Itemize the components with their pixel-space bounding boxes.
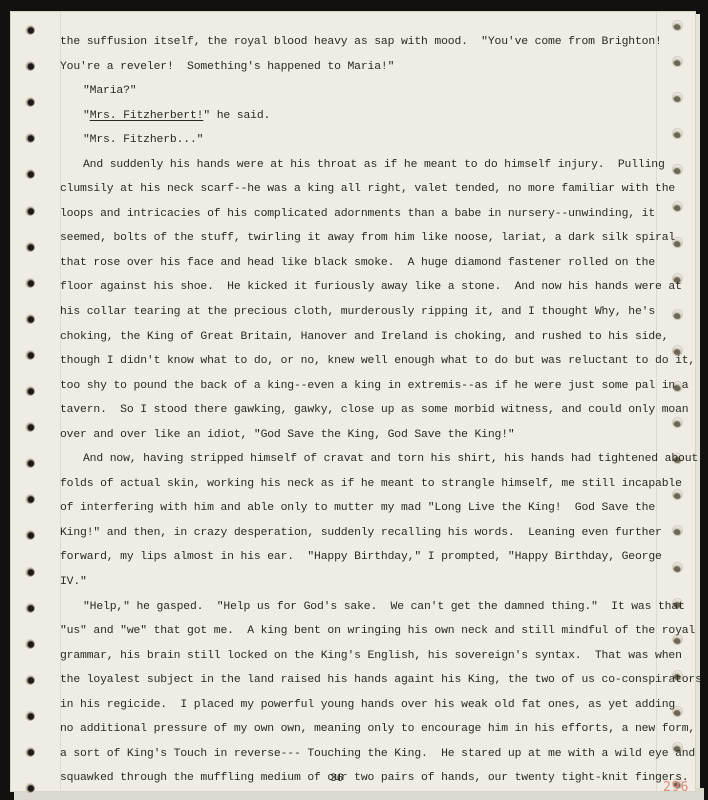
left-feed-hole [25, 25, 35, 35]
text-line: "us" and "we" that got me. A king bent o… [60, 619, 660, 644]
text-line: loops and intricacies of his complicated… [60, 202, 660, 227]
text-line: no additional pressure of my own own, me… [60, 717, 660, 742]
text-line: "Help," he gasped. "Help us for God's sa… [60, 595, 660, 620]
left-feed-hole [25, 97, 35, 107]
left-feed-hole [25, 133, 35, 143]
left-feed-hole [25, 386, 35, 396]
left-feed-hole [25, 278, 35, 288]
text-line: a sort of King's Touch in reverse--- Tou… [60, 742, 660, 767]
left-feed-hole [25, 169, 35, 179]
text-line: You're a reveler! Something's happened t… [60, 55, 660, 80]
text-line: folds of actual skin, working his neck a… [60, 472, 660, 497]
left-feed-hole [25, 206, 35, 216]
text-line: floor against his shoe. He kicked it fur… [60, 275, 660, 300]
left-feed-hole [25, 530, 35, 540]
text-line: too shy to pound the back of a king--eve… [60, 374, 660, 399]
left-feed-hole [25, 242, 35, 252]
left-feed-hole [25, 675, 35, 685]
text-line: And now, having stripped himself of crav… [60, 447, 660, 472]
right-feed-hole [672, 562, 683, 573]
text-line: IV." [60, 570, 660, 595]
underlined-name: Mrs. Fitzherbert! [90, 110, 204, 122]
left-feed-hole [25, 61, 35, 71]
text-line: squawked through the muffling medium of … [60, 766, 660, 791]
left-feed-hole [25, 314, 35, 324]
left-feed-hole [25, 350, 35, 360]
text-line: choking, the King of Great Britain, Hano… [60, 325, 660, 350]
archive-stamp-number: 296 [663, 780, 689, 795]
right-feed-hole [672, 201, 683, 212]
right-feed-hole [672, 92, 683, 103]
text-line: in his regicide. I placed my powerful yo… [60, 693, 660, 718]
quote-close: " he said. [203, 110, 270, 122]
right-feed-hole [672, 128, 683, 139]
left-feed-hole [25, 422, 35, 432]
left-feed-hole [25, 783, 35, 793]
text-line: seemed, bolts of the stuff, twirling it … [60, 226, 660, 251]
left-feed-hole [25, 747, 35, 757]
page-number: 36 [330, 773, 343, 785]
right-feed-hole [672, 525, 683, 536]
text-line: "Maria?" [60, 79, 660, 104]
text-line: forward, my lips almost in his ear. "Hap… [60, 545, 660, 570]
quote-open: " [83, 110, 90, 122]
text-line: And suddenly his hands were at his throa… [60, 153, 660, 178]
body-text: the suffusion itself, the royal blood he… [60, 30, 660, 791]
right-feed-hole [672, 164, 683, 175]
text-line: that rose over his face and head like bl… [60, 251, 660, 276]
text-line: clumsily at his neck scarf--he was a kin… [60, 177, 660, 202]
left-feed-hole [25, 567, 35, 577]
text-line: though I didn't know what to do, or no, … [60, 349, 660, 374]
right-feed-hole [672, 309, 683, 320]
text-line: the suffusion itself, the royal blood he… [60, 30, 660, 55]
text-line: his collar tearing at the precious cloth… [60, 300, 660, 325]
left-feed-hole [25, 603, 35, 613]
text-line: King!" and then, in crazy desperation, s… [60, 521, 660, 546]
left-feed-hole [25, 639, 35, 649]
left-feed-hole [25, 458, 35, 468]
left-feed-hole [25, 494, 35, 504]
text-line: of interfering with him and able only to… [60, 496, 660, 521]
left-feed-hole [25, 711, 35, 721]
text-line: tavern. So I stood there gawking, gawky,… [60, 398, 660, 423]
text-line: grammar, his brain still locked on the K… [60, 644, 660, 669]
text-line: "Mrs. Fitzherb..." [60, 128, 660, 153]
right-feed-hole [672, 489, 683, 500]
right-feed-hole [672, 417, 683, 428]
text-line: over and over like an idiot, "God Save t… [60, 423, 660, 448]
text-line: "Mrs. Fitzherbert!" he said. [60, 104, 660, 129]
right-feed-hole [672, 20, 683, 31]
text-line: the loyalest subject in the land raised … [60, 668, 660, 693]
right-feed-hole [672, 56, 683, 67]
